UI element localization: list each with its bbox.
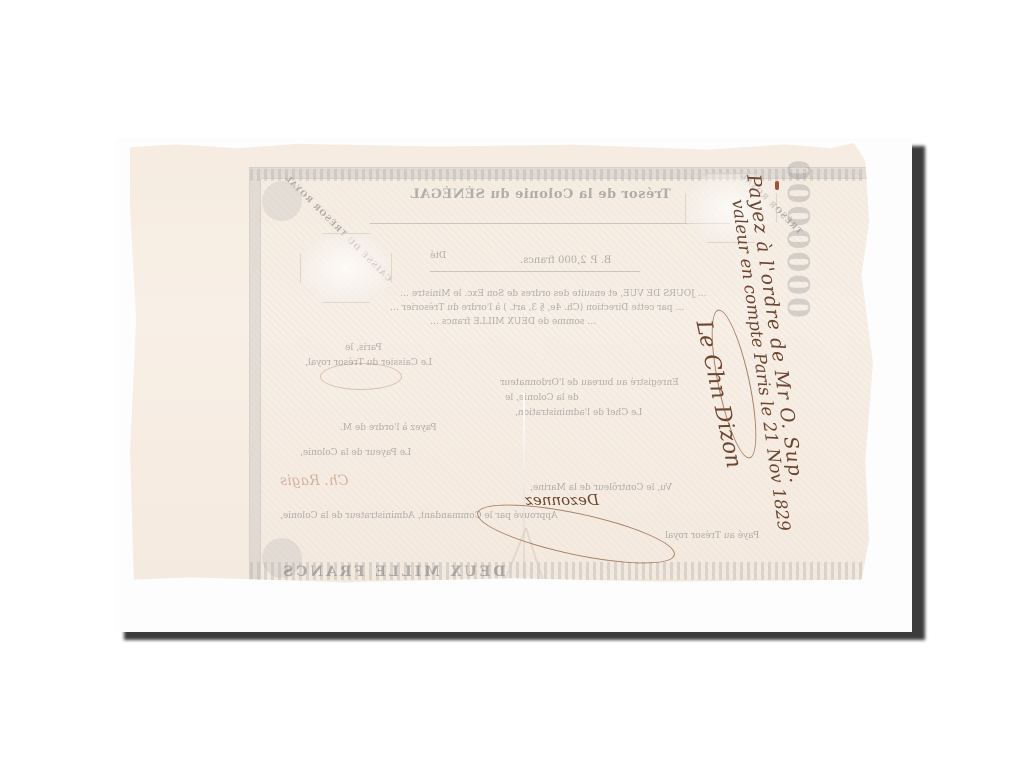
embossed-stamp-left (300, 233, 392, 303)
signature-faint-left: Ch. Ragis (280, 473, 348, 489)
body-line-2: … par cette Direction (Ch. 4e, § 3, art.… (390, 303, 684, 313)
center-block-line-6: Payé au Trésor royal (665, 531, 759, 541)
center-block-line-1: Enregistré au bureau de l'Ordonnateur (500, 378, 679, 388)
left-block-line-1: Paris, le (345, 343, 382, 353)
left-block-line-3: Payez à l'ordre de M. (340, 423, 437, 433)
center-block-line-3: Le Chef de l'administration, (515, 408, 642, 418)
left-block-line-4: Le Payeur de la Colonie, (300, 448, 411, 458)
body-line-1: … JOURS DE VUE, et ensuite des ordres de… (400, 289, 707, 299)
amount-line: B. P. 2,000 francs. (520, 255, 611, 266)
amount-rule (430, 271, 640, 272)
signature-center: Dezonnez (525, 491, 599, 509)
title-rule (370, 223, 730, 224)
red-ink-mark (775, 181, 779, 190)
bottom-border-text: DEUX MILLE FRANCS (280, 564, 506, 580)
watermark-numeral: 0000000 (780, 158, 815, 318)
serial-prefix: Dté (430, 251, 446, 261)
faint-flourish (320, 363, 402, 390)
paper-fold-crease (523, 393, 525, 583)
center-block-line-2: de la Colonie, le (505, 393, 579, 403)
title-text: Trésor de la Colonie du SÉNÉGAL (410, 187, 671, 202)
document-title: Trésor de la Colonie du SÉNÉGAL (410, 187, 671, 202)
document-paper: CAISSE DU TRÉSOR ROYAL TRÉSOR ROYAL Trés… (130, 143, 892, 584)
body-line-3: … somme de DEUX MILLE francs … (430, 317, 596, 327)
